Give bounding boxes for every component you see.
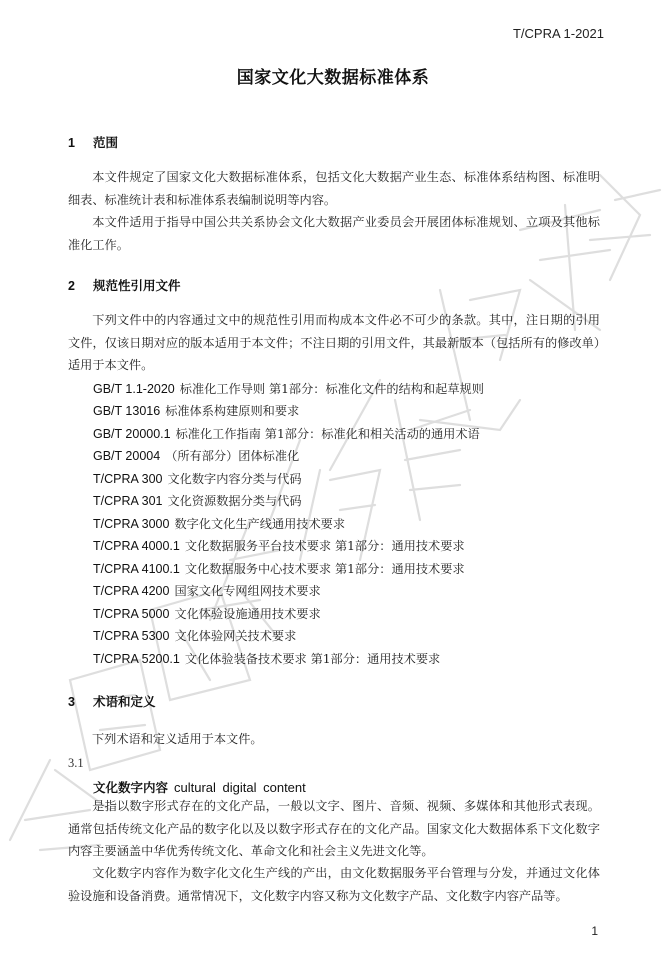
paragraph: 本文件规定了国家文化大数据标准体系，包括文化大数据产业生态、标准体系结构图、标准… (68, 166, 600, 211)
reference-item: GB/T 20000.1标准化工作指南 第1部分：标准化和相关活动的通用术语 (93, 425, 480, 442)
reference-item: T/CPRA 4000.1文化数据服务平台技术要求 第1部分：通用技术要求 (93, 537, 465, 554)
paragraph: 下列术语和定义适用于本文件。 (68, 728, 600, 751)
reference-item: T/CPRA 4100.1文化数据服务中心技术要求 第1部分：通用技术要求 (93, 560, 465, 577)
section-title: 术语和定义 (93, 694, 156, 709)
reference-item: GB/T 1.1-2020标准化工作导则 第1部分：标准化文件的结构和起草规则 (93, 380, 484, 397)
term-title-en: cultural digital content (174, 780, 306, 795)
section-number: 2 (68, 279, 93, 293)
section-number: 1 (68, 136, 93, 150)
term-title-zh: 文化数字内容 (93, 780, 168, 795)
reference-item: T/CPRA 301文化资源数据分类与代码 (93, 492, 302, 509)
section-title: 规范性引用文件 (93, 278, 181, 293)
section-number: 3 (68, 695, 93, 709)
section-heading-normative-references: 2规范性引用文件 (68, 276, 181, 294)
section-heading-scope: 1范围 (68, 133, 118, 151)
term-definition: 是指以数字形式存在的文化产品，一般以文字、图片、音频、视频、多媒体和其他形式表现… (68, 795, 600, 863)
term-title: 文化数字内容cultural digital content (93, 778, 306, 796)
document-code: T/CPRA 1-2021 (513, 26, 604, 41)
paragraph: 本文件适用于指导中国公共关系协会文化大数据产业委员会开展团体标准规划、立项及其他… (68, 211, 600, 256)
term-note: 文化数字内容作为数字化文化生产线的产出，由文化数据服务平台管理与分发，并通过文化… (68, 862, 600, 907)
document-page: T/CPRA 1-2021 国家文化大数据标准体系 1范围 本文件规定了国家文化… (0, 0, 666, 954)
section-title: 范围 (93, 135, 118, 150)
reference-item: T/CPRA 5200.1文化体验装备技术要求 第1部分：通用技术要求 (93, 650, 440, 667)
reference-item: T/CPRA 3000数字化文化生产线通用技术要求 (93, 515, 345, 532)
reference-item: T/CPRA 5000文化体验设施通用技术要求 (93, 605, 321, 622)
reference-item: GB/T 20004（所有部分）团体标准化 (93, 447, 299, 464)
reference-item: T/CPRA 300文化数字内容分类与代码 (93, 470, 302, 487)
reference-item: T/CPRA 5300文化体验网关技术要求 (93, 627, 296, 644)
reference-item: T/CPRA 4200国家文化专网组网技术要求 (93, 582, 321, 599)
paragraph: 下列文件中的内容通过文中的规范性引用而构成本文件必不可少的条款。其中，注日期的引… (68, 309, 600, 377)
section-heading-terms-definitions: 3术语和定义 (68, 692, 156, 710)
document-title: 国家文化大数据标准体系 (0, 63, 666, 88)
page-number: 1 (591, 924, 598, 938)
reference-item: GB/T 13016标准体系构建原则和要求 (93, 402, 299, 419)
term-number: 3.1 (68, 756, 84, 771)
